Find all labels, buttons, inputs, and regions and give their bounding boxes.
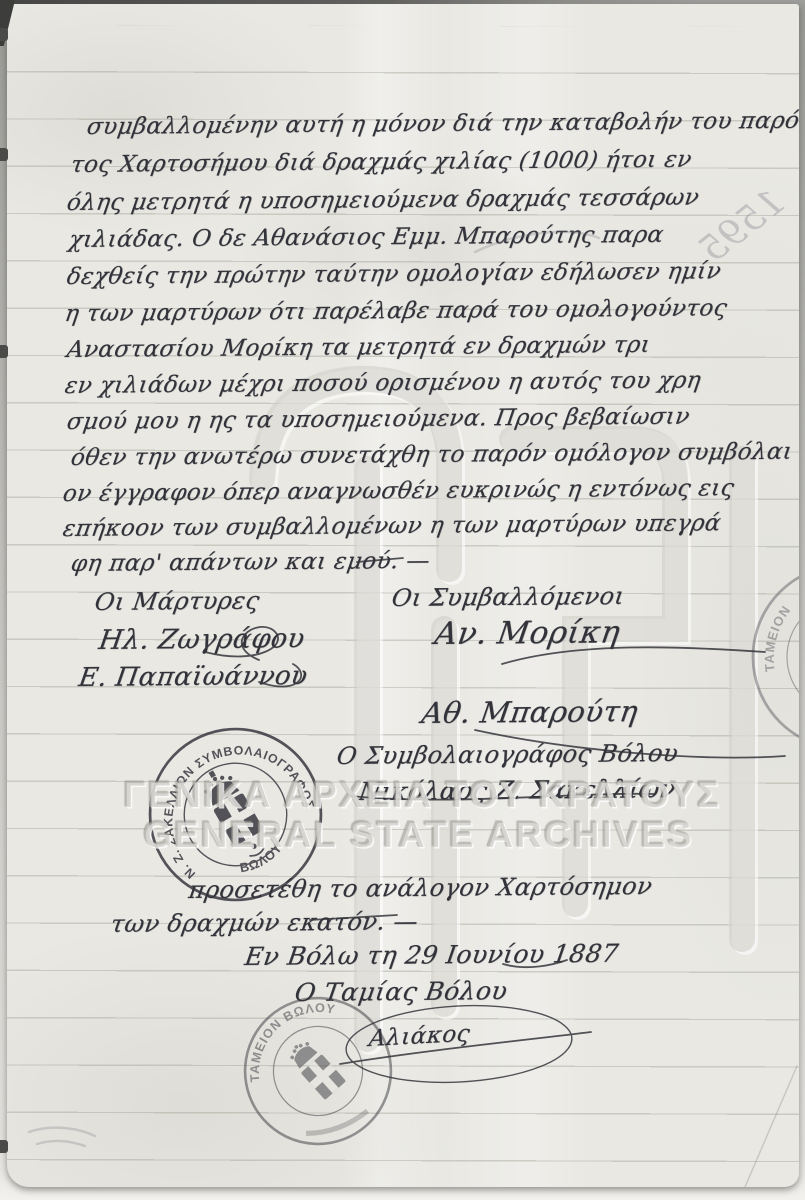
parties-heading: Οι Συμβαλλόμενοι: [390, 582, 627, 612]
manuscript-line: σμού μου η ης τα υποσημειούμενα. Προς βε…: [65, 404, 692, 435]
manuscript-line: Αναστασίου Μορίκη τα μετρητά εν δραχμών …: [65, 332, 652, 363]
svg-text:ΤΑΜΕΙΟΝ: ΤΑΜΕΙΟΝ: [755, 601, 795, 677]
binding-mark: [0, 28, 8, 41]
tax-note-line: των δραχμών εκατόν. —: [109, 907, 420, 938]
party-signature: Αθ. Μπαρούτη: [419, 694, 640, 730]
edge-stamp-ring-text: ΤΑΜΕΙΟΝ: [755, 601, 795, 677]
edge-stamp: ΤΑΜΕΙΟΝ: [740, 552, 799, 772]
binding-mark: [0, 1140, 8, 1153]
manuscript-line: όλης μετρητά η υποσημειούμενα δραχμάς τε…: [65, 184, 701, 216]
manuscript-page: Ν. Ζ. ΣΑΚΕΛΛΙΩΝ ΣΥΜΒΟΛΑΙΟΓΡΑΦΟΣ ΒΩΛΟΥ: [7, 4, 799, 1187]
witness-signature: Ηλ. Ζωγράφου: [97, 623, 307, 656]
witness-signature: Ε. Παπαϊωάννου: [77, 661, 310, 693]
scan-edge-top: [0, 0, 705, 4]
binding-mark: [0, 148, 8, 161]
archive-watermark-line-1: ΓΕΝΙΚΑ ΑΡΧΕΙΑ ΤΟΥ ΚΡΑΤΟΥΣ: [123, 774, 721, 816]
treasurer-title: Ο Ταμίας Βόλου: [293, 976, 510, 1007]
binding-mark: [0, 345, 8, 358]
party-signature: Αν. Μορίκη: [432, 614, 622, 652]
tax-note-line: προσετέθη το ανάλογον Χαρτόσημον: [187, 872, 654, 904]
notary-title: Ο Συμβολαιογράφος Βόλου: [335, 739, 680, 770]
manuscript-line: τος Χαρτοσήμου διά δραχμάς χιλίας (1000)…: [69, 147, 694, 178]
scanned-archive-document: Ν. Ζ. ΣΑΚΕΛΛΙΩΝ ΣΥΜΒΟΛΑΙΟΓΡΑΦΟΣ ΒΩΛΟΥ: [0, 0, 805, 1200]
treasurer-signature: Αλιάκος: [368, 1021, 472, 1052]
archive-watermark-line-2: GENERAL STATE ARCHIVES: [143, 814, 693, 856]
dateline: Εν Βόλω τη 29 Ιουνίου 1887: [243, 939, 621, 971]
manuscript-line: χιλιάδας. Ο δε Αθανάσιος Εμμ. Μπαρούτης …: [67, 222, 665, 253]
witnesses-heading: Οι Μάρτυρες: [93, 587, 262, 616]
manuscript-line: φη παρ' απάντων και εμού. —: [69, 548, 432, 577]
